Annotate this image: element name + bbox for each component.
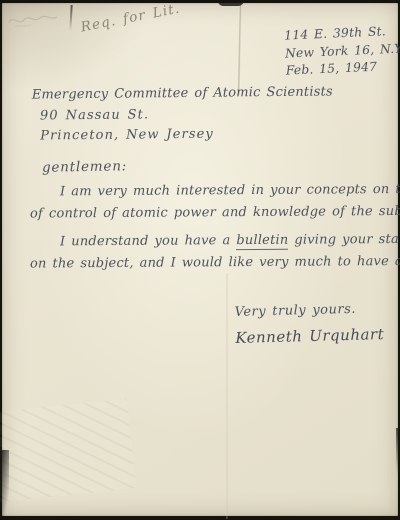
salutation: gentlemen:	[42, 158, 127, 175]
pencil-annotation: Req. for Lit.	[79, 1, 181, 36]
scan-edge-notch	[218, 0, 244, 6]
body-text: I am very much interested in your concep…	[60, 181, 400, 199]
body-paragraph2-line2: on the subject, and I would like very mu…	[30, 253, 400, 278]
underlined-word: bulletin	[236, 233, 288, 250]
body-text: I understand you have a	[60, 233, 236, 249]
scanned-letter: Req. for Lit. 114 E. 39th St. New York 1…	[0, 0, 400, 520]
recipient-city: Princeton, New Jersey	[32, 123, 333, 147]
scan-edge-top	[0, 0, 250, 3]
valediction: Very truly yours.	[234, 301, 383, 320]
body-paragraph1-line2: of control of atomic power and knowledge…	[30, 203, 400, 228]
closing-block: Very truly yours. Kenneth Urquhart	[234, 301, 384, 347]
scan-edge-right	[396, 428, 400, 474]
body-text: giving your stand	[288, 232, 400, 248]
letter-body: I am very much interested in your concep…	[30, 183, 400, 277]
recipient-organization: Emergency Committee of Atomic Scientists	[32, 82, 333, 106]
body-text: on the subject, and I would like very mu…	[30, 254, 400, 272]
body-text: of control of atomic power and knowledge…	[30, 204, 400, 222]
signature: Kenneth Urquhart	[235, 325, 384, 347]
crease-dark-stroke	[69, 5, 72, 31]
sender-address-block: 114 E. 39th St. New York 16, N.Y. Feb. 1…	[284, 22, 400, 80]
fold-crease-center	[226, 273, 228, 519]
recipient-address-block: Emergency Committee of Atomic Scientists…	[32, 82, 334, 147]
faint-pencil-scribble-icon	[7, 11, 59, 31]
body-paragraph2-line1: I understand you have a bulletin giving …	[30, 231, 400, 256]
scan-edge-bottom-left	[0, 450, 9, 520]
letter-paper: Req. for Lit. 114 E. 39th St. New York 1…	[2, 3, 398, 516]
fold-crease-top	[237, 3, 242, 95]
body-paragraph1-line1: I am very much interested in your concep…	[30, 181, 400, 206]
paper-wrinkles	[0, 398, 136, 503]
